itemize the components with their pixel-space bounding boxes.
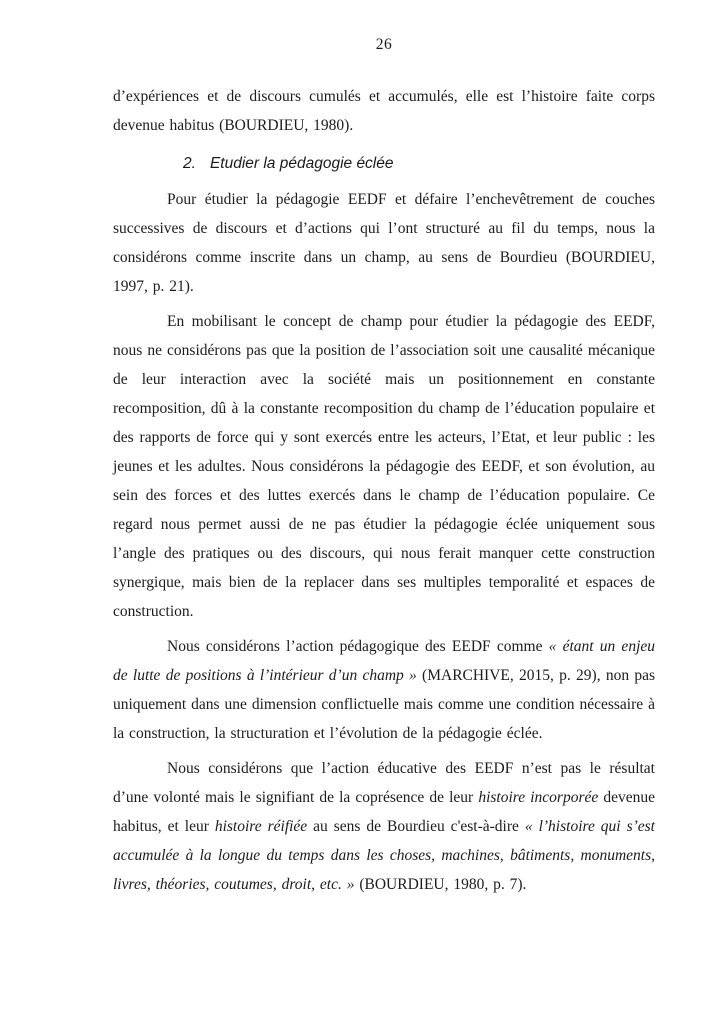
paragraph-term-italic: histoire réifiée — [215, 818, 307, 835]
paragraph-action-pedagogique: Nous considérons l’action pédagogique de… — [113, 632, 655, 748]
section-heading: 2.Etudier la pédagogie éclée — [183, 149, 655, 178]
paragraph-text: Pour étudier la pédagogie EEDF et défair… — [113, 191, 655, 295]
section-heading-title: Etudier la pédagogie éclée — [210, 155, 394, 172]
section-heading-number: 2. — [183, 149, 196, 178]
paragraph-text: En mobilisant le concept de champ pour é… — [113, 313, 655, 620]
paragraph-action-educative: Nous considérons que l’action éducative … — [113, 754, 655, 899]
paragraph-text-run: au sens de Bourdieu c'est-à-dire — [307, 818, 525, 835]
paragraph-text-run: Nous considérons l’action pédagogique de… — [167, 638, 549, 655]
document-page: 26 d’expériences et de discours cumulés … — [0, 0, 724, 1024]
paragraph-pour: Pour étudier la pédagogie EEDF et défair… — [113, 185, 655, 301]
paragraph-mobilisant: En mobilisant le concept de champ pour é… — [113, 307, 655, 626]
paragraph-text-run: (BOURDIEU, 1980, p. 7). — [354, 876, 526, 893]
page-number: 26 — [113, 34, 655, 56]
paragraph-intro: d’expériences et de discours cumulés et … — [113, 82, 655, 140]
paragraph-term-italic: histoire incorporée — [478, 789, 598, 806]
paragraph-text: d’expériences et de discours cumulés et … — [113, 88, 655, 134]
